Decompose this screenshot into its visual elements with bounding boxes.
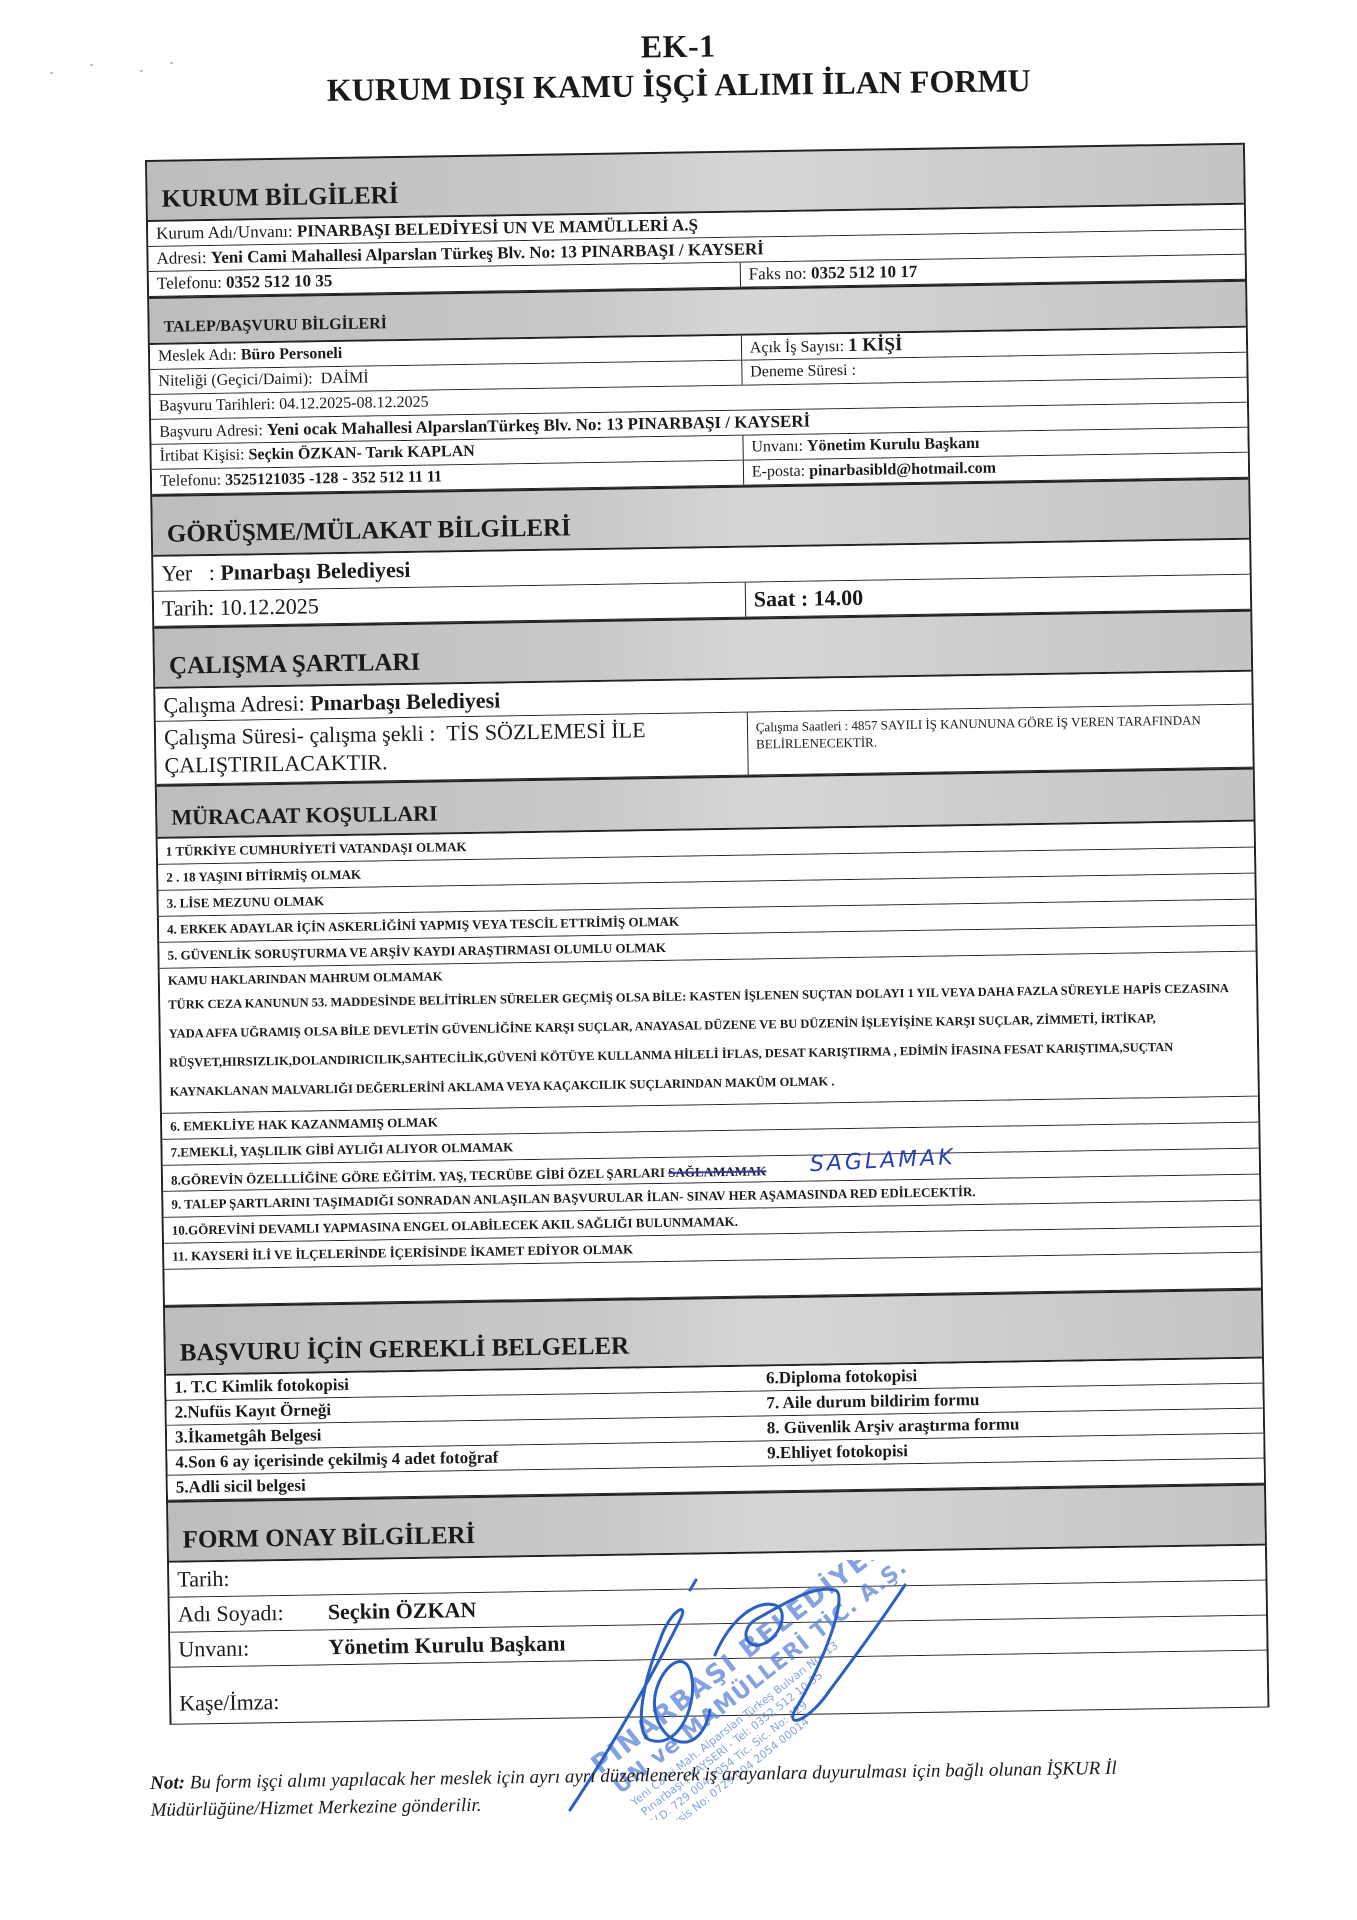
niteligi-value: DAİMİ [320,370,368,388]
onay-adi-soyadi-label: Adı Soyadı: [178,1596,328,1630]
job-posting-form: KURUM BİLGİLERİ Kurum Adı/Unvanı: PINARB… [145,143,1269,1725]
condition-kamu-haklari: KAMU HAKLARINDAN MAHRUM OLMAMAK TÜRK CEZ… [160,952,1258,1114]
note-text: Bu form işçi alımı yapılacak her meslek … [150,1758,1116,1821]
form-approval: Tarih: Adı Soyadı:Seçkin ÖZKAN Unvanı:Yö… [169,1546,1267,1725]
calisma-adresi-label: Çalışma Adresi: [163,691,305,718]
gorusme-saat-label: Saat : [754,586,809,612]
talep-telefon-value: 3525121035 -128 - 352 512 11 11 [225,468,442,488]
kurum-telefon-value: 0352 512 10 35 [226,271,333,292]
footer-note: Not: Bu form işçi alımı yapılacak her me… [150,1752,1271,1824]
kurum-faks-label: Faks no: [749,264,807,284]
eposta-label: E-posta: [752,463,806,481]
basvuru-tarihleri-value: 04.12.2025-08.12.2025 [279,394,429,413]
note-label: Not: [150,1772,185,1794]
eposta-value: pinarbasibld@hotmail.com [809,460,996,480]
kurum-adres-label: Adresi: [156,248,206,268]
calisma-saatleri-label: Çalışma Saatleri : [756,718,849,734]
onay-tarih-label: Tarih: [177,1561,327,1595]
gorusme-yer-value: Pınarbaşı Belediyesi [220,557,410,585]
meslek-label: Meslek Adı: [158,347,237,365]
gorusme-yer-label: Yer : [161,560,215,586]
acik-is-label: Açık İş Sayısı: [750,338,844,356]
irtibat-label: İrtibat Kişisi: [160,446,245,464]
onay-unvan-label: Unvanı: [178,1631,328,1665]
kurum-telefon-label: Telefonu: [157,273,222,293]
deneme-suresi-label: Deneme Süresi : [750,362,856,381]
acik-is-value: 1 KİŞİ [848,334,903,356]
document-header: EK-1 KURUM DIŞI KAMU İŞÇİ ALIMI İLAN FOR… [0,19,1357,114]
basvuru-adresi-label: Başvuru Adresi: [159,422,263,441]
kamu-haklari-body: TÜRK CEZA KANUNUN 53. MADDESİNDE BELİTİR… [168,974,1250,1107]
gorusme-saat-value: 14.00 [813,585,863,611]
calisma-adresi-value: Pınarbaşı Belediyesi [310,687,500,715]
meslek-value: Büro Personeli [241,345,343,364]
kurum-faks-value: 0352 512 10 17 [811,262,918,283]
basvuru-tarihleri-label: Başvuru Tarihleri: [159,396,276,415]
required-documents: 1. T.C Kimlik fotokopisi6.Diploma fotoko… [166,1359,1264,1501]
niteligi-label: Niteliği (Geçici/Daimi): [158,370,312,389]
gorusme-tarih-value: 10.12.2025 [220,593,319,620]
onay-adi-soyadi-value: Seçkin ÖZKAN [328,1597,477,1624]
gorusme-tarih-label: Tarih: [162,595,215,621]
condition-8-struck-word: SAĞLAMAMAK [668,1163,766,1180]
kurum-adi-value: PINARBAŞI BELEDİYESİ UN VE MAMÜLLERİ A.Ş [297,215,698,240]
unvan-value: Yönetim Kurulu Başkanı [807,435,980,455]
unvan-label: Unvanı: [751,438,803,456]
onay-unvan-value: Yönetim Kurulu Başkanı [328,1631,566,1660]
talep-telefon-label: Telefonu: [160,472,221,490]
onay-kase-imza-label: Kaşe/İmza: [179,1666,330,1723]
calisma-suresi-label: Çalışma Süresi- çalışma şekli : [164,721,436,750]
kurum-adi-label: Kurum Adı/Unvanı: [156,222,293,243]
irtibat-value: Seçkin ÖZKAN- Tarık KAPLAN [248,443,475,464]
